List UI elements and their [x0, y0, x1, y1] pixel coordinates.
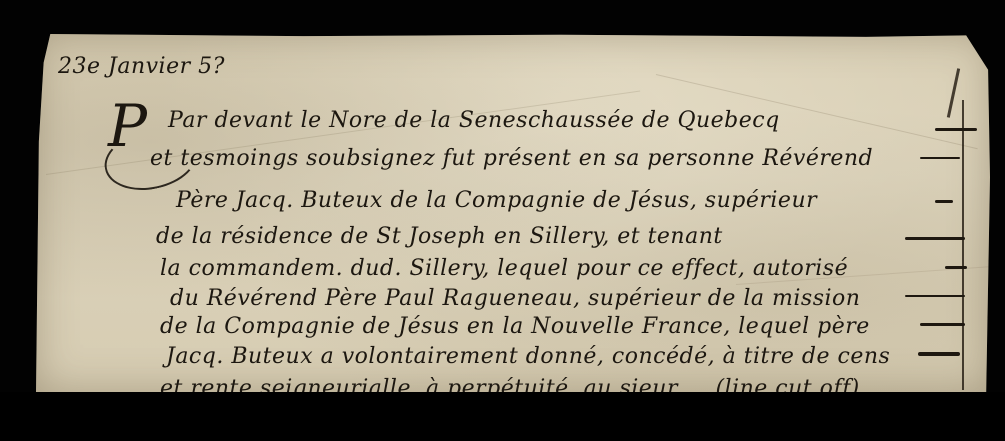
- right-margin-rule: [962, 100, 964, 390]
- manuscript-line-6: du Révérend Père Paul Ragueneau, supérie…: [170, 286, 860, 311]
- manuscript-line-4: de la résidence de St Joseph en Sillery,…: [156, 224, 723, 249]
- manuscript-line-3: Père Jacq. Buteux de la Compagnie de Jés…: [176, 188, 817, 213]
- scan-bottom-border: [0, 392, 1005, 441]
- manuscript-line-8: Jacq. Buteux a volontairement donné, con…: [166, 344, 890, 369]
- line-filler-stroke: [918, 352, 960, 356]
- line-filler-stroke: [920, 323, 965, 326]
- line-filler-stroke: [905, 237, 965, 240]
- line-filler-stroke: [935, 200, 953, 203]
- line-filler-stroke: [935, 128, 977, 131]
- manuscript-line-2: et tesmoings soubsignez fut présent en s…: [150, 146, 873, 171]
- line-filler-stroke: [920, 157, 960, 159]
- manuscript-line-5: la commandem. dud. Sillery, lequel pour …: [160, 256, 848, 281]
- manuscript-line-1: Par devant le Nore de la Seneschaussée d…: [168, 108, 780, 133]
- manuscript-line-7: de la Compagnie de Jésus en la Nouvelle …: [160, 314, 870, 339]
- line-filler-stroke: [905, 295, 965, 297]
- date-heading: 23e Janvier 5?: [58, 54, 225, 79]
- line-filler-stroke: [945, 266, 967, 269]
